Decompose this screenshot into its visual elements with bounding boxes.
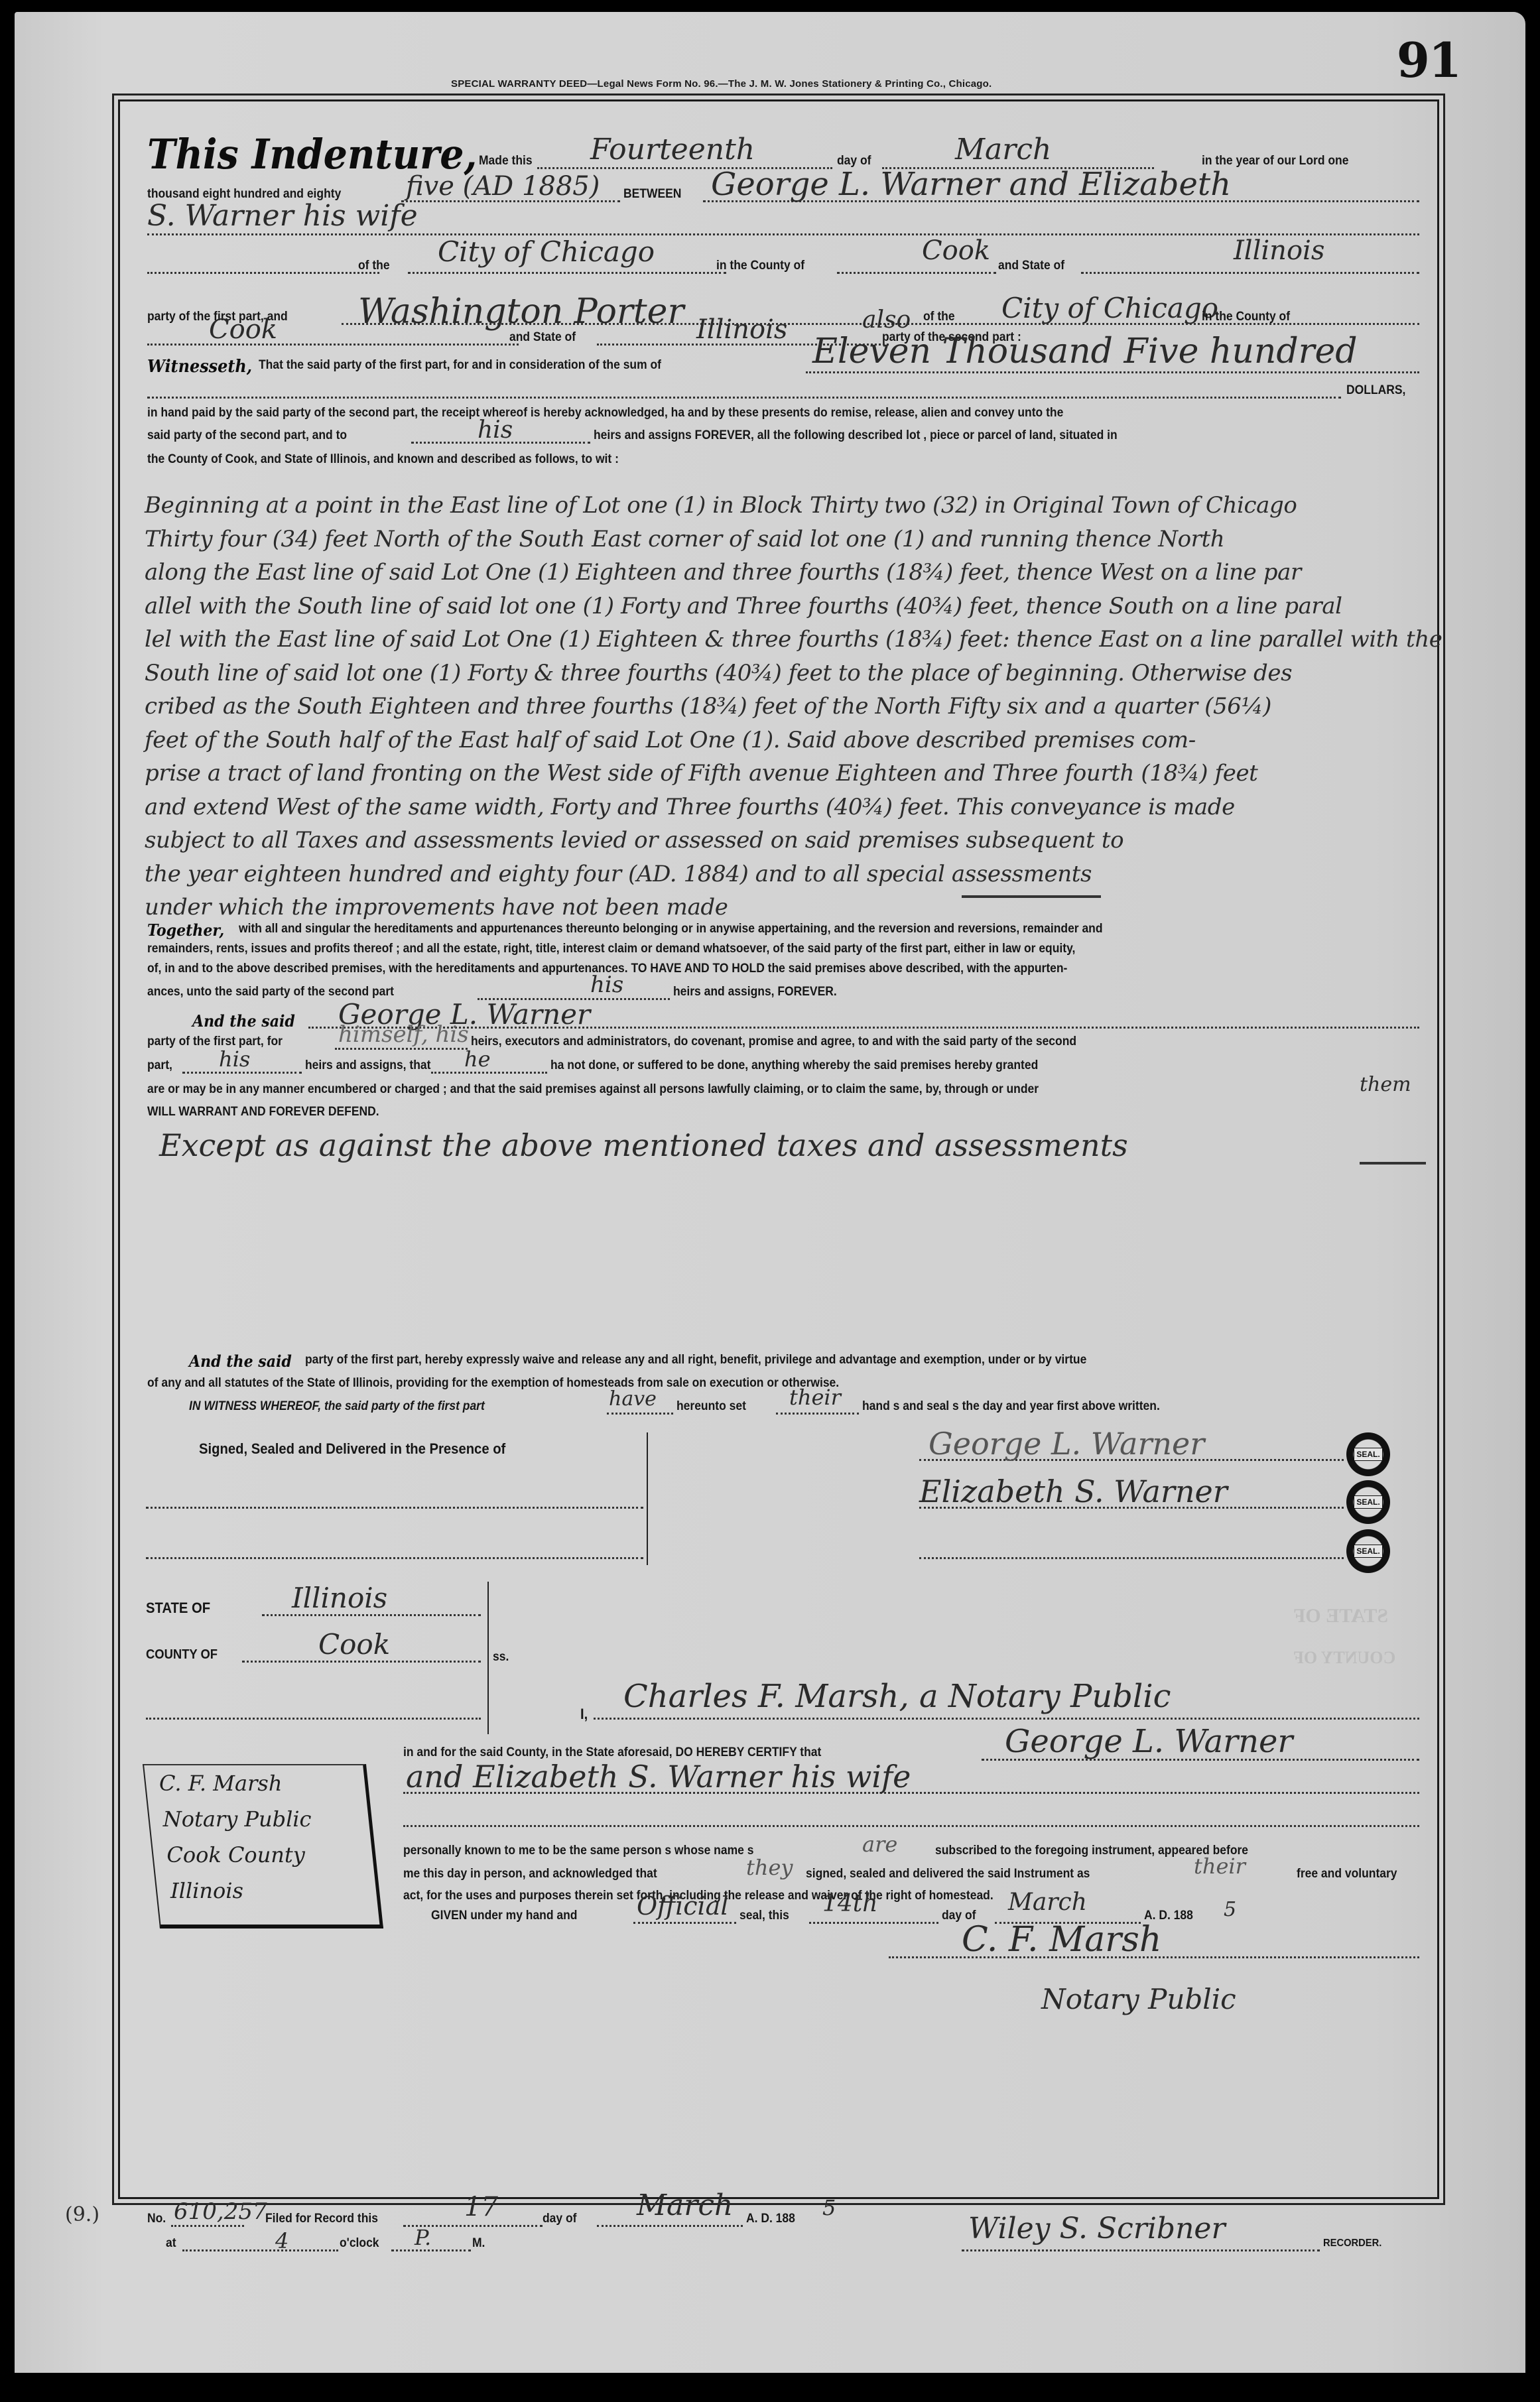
- state-value: Illinois: [1234, 235, 1324, 266]
- filed-day: 17: [464, 2192, 498, 2222]
- dotted-line: [597, 2225, 743, 2227]
- dotted-line: [242, 1661, 481, 1663]
- covenant-line: heirs and assigns, that: [305, 1058, 430, 1073]
- homestead-heading: And the said: [189, 1352, 292, 1371]
- dotted-line: [262, 1614, 481, 1616]
- bracket: [487, 1582, 489, 1734]
- bleed-through-text: STATE OF: [1293, 1605, 1388, 1627]
- seal-label: SEAL.: [1354, 1448, 1382, 1461]
- official-value: Official: [637, 1891, 728, 1921]
- presence-label: Signed, Sealed and Delivered in the Pres…: [199, 1440, 505, 1458]
- city-value: City of Chicago: [438, 235, 655, 268]
- covenant-line: WILL WARRANT AND FOREVER DEFEND.: [147, 1105, 379, 1119]
- dotted-line: [633, 1922, 736, 1924]
- ack-line: me this day in person, and acknowledged …: [403, 1867, 657, 1881]
- heirs-value: his: [478, 416, 513, 444]
- together-line: with all and singular the hereditaments …: [239, 922, 1103, 936]
- seal-icon: SEAL.: [1346, 1432, 1390, 1476]
- of-the-label: of the: [923, 310, 955, 324]
- witnesseth-text: That the said party of the first part, f…: [259, 358, 661, 373]
- county-value: Cook: [209, 314, 277, 345]
- legal-description-line: lel with the East line of said Lot One (…: [145, 626, 1442, 653]
- day-value: 14th: [822, 1890, 877, 1917]
- recorder-label: RECORDER.: [1323, 2238, 1381, 2249]
- dotted-line: [335, 1048, 468, 1050]
- witness-line: IN WITNESS WHEREOF, the said party of th…: [189, 1399, 485, 1414]
- dotted-line: [431, 1072, 547, 1074]
- legal-description-line: South line of said lot one (1) Forty & t…: [145, 660, 1292, 686]
- stamp-line: Notary Public: [150, 1801, 369, 1837]
- county-value: Cook: [318, 1628, 390, 1661]
- meridiem-value: P.: [415, 2225, 431, 2250]
- dotted-line: [182, 2249, 338, 2251]
- legal-description-line: under which the improvements have not be…: [145, 894, 728, 920]
- of-the-label: of the: [358, 259, 390, 273]
- margin-mark: (9.): [65, 2203, 99, 2226]
- dotted-line: [408, 272, 726, 274]
- homestead-line: of any and all statutes of the State of …: [147, 1376, 839, 1391]
- certify-label: in and for the said County, in the State…: [403, 1745, 821, 1760]
- covenant-line: ha not done, or suffered to be done, any…: [550, 1058, 1038, 1073]
- oclock-label: o'clock: [340, 2236, 379, 2251]
- for-value: himself, his: [338, 1021, 469, 1048]
- their-value: their: [1194, 1854, 1246, 1879]
- first-party-value-cont: S. Warner his wife: [147, 199, 418, 233]
- dotted-line: [147, 272, 379, 274]
- ack-line: personally known to me to be the same pe…: [403, 1844, 753, 1858]
- filed-label: Filed for Record this: [265, 2212, 378, 2226]
- witness-line-1: [146, 1507, 643, 1509]
- given-line: seal, this: [739, 1909, 789, 1923]
- month-value: March: [1008, 1889, 1087, 1916]
- legal-description-line: Beginning at a point in the East line of…: [145, 492, 1297, 519]
- sum-value: Eleven Thousand Five hundred: [812, 332, 1358, 371]
- legal-description-line: subject to all Taxes and assessments lev…: [145, 827, 1123, 853]
- together-heading: Together,: [147, 920, 224, 940]
- between-label: BETWEEN: [623, 187, 681, 202]
- i-label: I,: [580, 1706, 588, 1723]
- witnesseth-heading: Witnesseth,: [147, 357, 252, 377]
- dotted-line: [837, 272, 996, 274]
- dotted-line: [806, 371, 1419, 373]
- homestead-line: party of the first part, hereby expressl…: [305, 1353, 1086, 1367]
- notary-stamp: C. F. Marsh Notary Public Cook County Il…: [143, 1764, 383, 1928]
- dotted-line: [182, 1072, 302, 1074]
- covenant-line: heirs, executors and administrators, do …: [471, 1035, 1076, 1049]
- seal-label: SEAL.: [1354, 1545, 1382, 1558]
- that-value: he: [464, 1046, 491, 1072]
- recorder-line: [962, 2249, 1320, 2251]
- dollars-label: DOLLARS,: [1346, 383, 1405, 398]
- state-label: and State of: [998, 259, 1064, 273]
- signature-george: George L. Warner: [929, 1426, 1204, 1462]
- covenant-line: part,: [147, 1058, 172, 1073]
- legal-description-line: Thirty four (34) feet North of the South…: [145, 526, 1224, 552]
- in-county-label: in the County of: [716, 259, 804, 273]
- dotted-line: [403, 1825, 1419, 1827]
- together-line: heirs and assigns, FOREVER.: [673, 985, 837, 999]
- given-line: GIVEN under my hand and: [431, 1909, 577, 1923]
- witness-line-2: [146, 1557, 643, 1559]
- legal-description-line: along the East line of said Lot One (1) …: [145, 559, 1301, 586]
- ad-label: A. D. 188: [746, 2212, 795, 2226]
- year-value: five (AD 1885): [406, 171, 600, 202]
- no-label: No.: [147, 2212, 166, 2226]
- their-value: their: [789, 1385, 841, 1410]
- underline: [962, 895, 1101, 898]
- part-value: his: [219, 1046, 250, 1072]
- dotted-line: [1081, 272, 1419, 274]
- county-of-label: COUNTY OF: [146, 1647, 218, 1663]
- dotted-line: [809, 1922, 938, 1924]
- year-suffix: 5: [1224, 1898, 1236, 1921]
- also-value: also: [862, 306, 911, 334]
- dotted-line: [147, 233, 1419, 235]
- filed-hour: 4: [275, 2228, 289, 2253]
- covenant-heading: And the said: [192, 1011, 295, 1031]
- notary-name-value: Charles F. Marsh, a Notary Public: [623, 1678, 1171, 1715]
- ack-line: free and voluntary: [1297, 1867, 1397, 1881]
- underline: [1360, 1162, 1426, 1165]
- together-line: remainders, rents, issues and profits th…: [147, 942, 1075, 956]
- together-line: ances, unto the said party of the second…: [147, 985, 394, 999]
- certify-value: George L. Warner: [1005, 1723, 1293, 1760]
- dotted-line: [147, 344, 519, 346]
- witness-line: hand s and seal s the day and year first…: [862, 1399, 1160, 1414]
- dotted-line: [776, 1413, 859, 1415]
- day-value: Fourteenth: [590, 133, 755, 166]
- record-number: 610,257: [174, 2198, 267, 2225]
- filed-month: March: [637, 2188, 733, 2222]
- ss-label: ss.: [493, 1650, 509, 1665]
- month-value: March: [955, 133, 1051, 166]
- dotted-line: [594, 1718, 1419, 1720]
- recorder-signature: Wiley S. Scribner: [968, 2212, 1226, 2245]
- year-suffix: 5: [822, 2195, 836, 2220]
- signature-elizabeth: Elizabeth S. Warner: [919, 1474, 1228, 1509]
- stamp-line: Cook County: [153, 1837, 372, 1873]
- witnesseth-line: in hand paid by the said party of the se…: [147, 406, 1063, 420]
- state-value: Illinois: [292, 1582, 387, 1614]
- certify-value-cont: and Elizabeth S. Warner his wife: [406, 1759, 911, 1795]
- page-number: 91: [1397, 32, 1460, 88]
- in-county-label: in the County of: [1202, 310, 1290, 324]
- heirs-value: his: [590, 972, 623, 998]
- witnesseth-line: heirs and assigns FOREVER, all the follo…: [594, 428, 1118, 443]
- legal-description-line: allel with the South line of said lot on…: [145, 593, 1342, 619]
- city-value: City of Chicago: [1001, 292, 1218, 324]
- legal-description-line: feet of the South half of the East half …: [145, 727, 1196, 753]
- stamp-line: Illinois: [157, 1873, 376, 1909]
- witness-line: hereunto set: [676, 1399, 746, 1414]
- dotted-line: [147, 397, 1341, 399]
- they-value: they: [746, 1855, 793, 1880]
- exception-text: Except as against the above mentioned ta…: [159, 1127, 1128, 1163]
- stamp-line: C. F. Marsh: [146, 1765, 365, 1801]
- state-value: Illinois: [696, 314, 787, 345]
- ack-line: signed, sealed and delivered the said In…: [806, 1867, 1090, 1881]
- dotted-line: [607, 1413, 673, 1415]
- first-party-value: George L. Warner and Elizabeth: [711, 166, 1231, 203]
- covenant-line: party of the first part, for: [147, 1035, 283, 1049]
- divider: [647, 1432, 648, 1565]
- day-of-label: day of: [543, 2212, 576, 2226]
- state-label: and State of: [509, 330, 576, 345]
- witnesseth-line: said party of the second part, and to: [147, 428, 347, 443]
- have-value: have: [609, 1387, 657, 1411]
- made-this-label: Made this: [479, 154, 533, 168]
- seal-label: SEAL.: [1354, 1495, 1382, 1509]
- at-label: at: [166, 2236, 176, 2251]
- second-party-value: Washington Porter: [358, 292, 684, 332]
- form-header: SPECIAL WARRANTY DEED—Legal News Form No…: [451, 78, 992, 90]
- legal-description-line: and extend West of the same width, Forty…: [145, 794, 1235, 820]
- witnesseth-line: the County of Cook, and State of Illinoi…: [147, 452, 619, 467]
- seal-icon: SEAL.: [1346, 1529, 1390, 1573]
- legal-description-line: the year eighteen hundred and eighty fou…: [145, 861, 1092, 887]
- legal-description-line: cribed as the South Eighteen and three f…: [145, 693, 1271, 720]
- signature-line: [919, 1557, 1344, 1559]
- under-value: them: [1360, 1073, 1411, 1096]
- bleed-through-text: COUNTY OF: [1293, 1648, 1395, 1668]
- covenant-line: are or may be in any manner encumbered o…: [147, 1082, 1039, 1097]
- are-value: are: [862, 1832, 897, 1857]
- state-of-label: STATE OF: [146, 1600, 210, 1617]
- county-value: Cook: [922, 235, 990, 266]
- seal-icon: SEAL.: [1346, 1480, 1390, 1524]
- notary-title: Notary Public: [1041, 1983, 1236, 2015]
- dotted-line: [146, 1718, 481, 1720]
- legal-description-line: prise a tract of land fronting on the We…: [145, 760, 1257, 787]
- dotted-line: [171, 2225, 244, 2227]
- m-label: M.: [472, 2236, 485, 2251]
- notary-signature: C. F. Marsh: [962, 1920, 1161, 1960]
